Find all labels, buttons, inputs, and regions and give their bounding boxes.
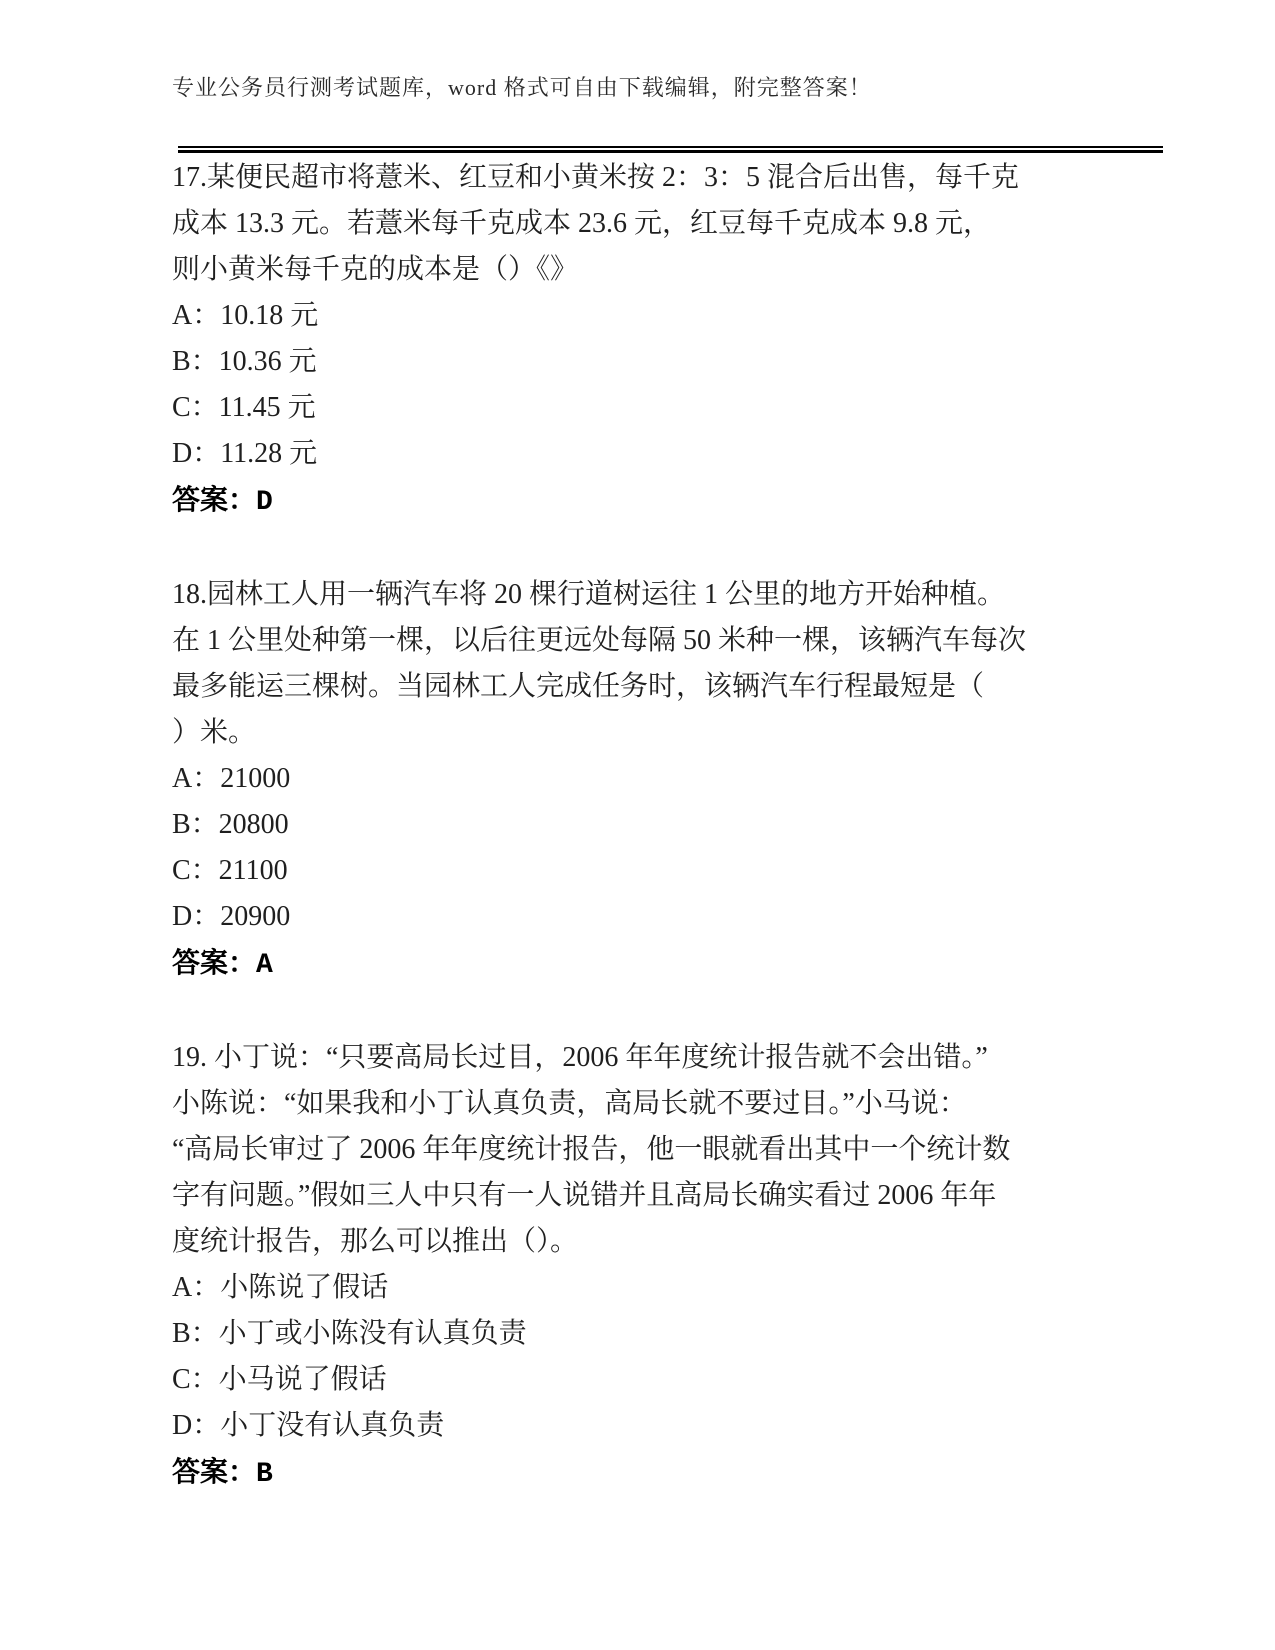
answer-value: B [256, 1459, 273, 1490]
option-d: D：小丁没有认真负责 [172, 1403, 1117, 1449]
answer-label: 答案： [172, 1456, 256, 1487]
answer-value: D [256, 487, 273, 518]
option-b: B：10.36 元 [172, 339, 1117, 385]
answer-label: 答案： [172, 947, 256, 978]
question-block-18: 18.园林工人用一辆汽车将 20 棵行道树运往 1 公里的地方开始种植。 在 1… [172, 572, 1117, 989]
question-stem-line: 18.园林工人用一辆汽车将 20 棵行道树运往 1 公里的地方开始种植。 [172, 572, 1117, 618]
page-header-text: 专业公务员行测考试题库，word 格式可自由下载编辑，附完整答案！ [172, 72, 1162, 104]
answer-value: A [256, 950, 273, 981]
option-c: C：11.45 元 [172, 385, 1117, 431]
option-a: A：小陈说了假话 [172, 1265, 1117, 1311]
question-stem-line: ）米。 [172, 710, 1117, 756]
question-stem-line: 则小黄米每千克的成本是（）《》 [172, 247, 1117, 293]
question-block-17: 17.某便民超市将薏米、红豆和小黄米按 2：3：5 混合后出售，每千克 成本 1… [172, 155, 1117, 526]
option-b: B：小丁或小陈没有认真负责 [172, 1311, 1117, 1357]
answer-line: 答案：A [172, 940, 1117, 989]
question-stem-line: 在 1 公里处种第一棵，以后往更远处每隔 50 米种一棵，该辆汽车每次 [172, 618, 1117, 664]
option-d: D：20900 [172, 894, 1117, 940]
question-stem-line: “高局长审过了 2006 年年度统计报告，他一眼就看出其中一个统计数 [172, 1127, 1117, 1173]
option-d: D：11.28 元 [172, 431, 1117, 477]
question-stem-line: 最多能运三棵树。当园林工人完成任务时，该辆汽车行程最短是（ [172, 664, 1117, 710]
answer-line: 答案：D [172, 477, 1117, 526]
question-stem-line: 度统计报告，那么可以推出（）。 [172, 1219, 1117, 1265]
option-c: C：21100 [172, 848, 1117, 894]
question-block-19: 19. 小丁说：“只要高局长过目，2006 年年度统计报告就不会出错。” 小陈说… [172, 1035, 1117, 1498]
answer-label: 答案： [172, 484, 256, 515]
question-stem-line: 19. 小丁说：“只要高局长过目，2006 年年度统计报告就不会出错。” [172, 1035, 1117, 1081]
document-page: 专业公务员行测考试题库，word 格式可自由下载编辑，附完整答案！ 17.某便民… [0, 0, 1275, 1498]
option-a: A：21000 [172, 756, 1117, 802]
question-stem-line: 17.某便民超市将薏米、红豆和小黄米按 2：3：5 混合后出售，每千克 [172, 155, 1117, 201]
option-a: A：10.18 元 [172, 293, 1117, 339]
option-b: B：20800 [172, 802, 1117, 848]
option-c: C：小马说了假话 [172, 1357, 1117, 1403]
document-content: 17.某便民超市将薏米、红豆和小黄米按 2：3：5 混合后出售，每千克 成本 1… [172, 155, 1117, 1498]
question-stem-line: 字有问题。”假如三人中只有一人说错并且高局长确实看过 2006 年年 [172, 1173, 1117, 1219]
question-stem-line: 小陈说：“如果我和小丁认真负责，高局长就不要过目。”小马说： [172, 1081, 1117, 1127]
header-divider [178, 146, 1163, 153]
question-stem-line: 成本 13.3 元。若薏米每千克成本 23.6 元，红豆每千克成本 9.8 元， [172, 201, 1117, 247]
answer-line: 答案：B [172, 1449, 1117, 1498]
